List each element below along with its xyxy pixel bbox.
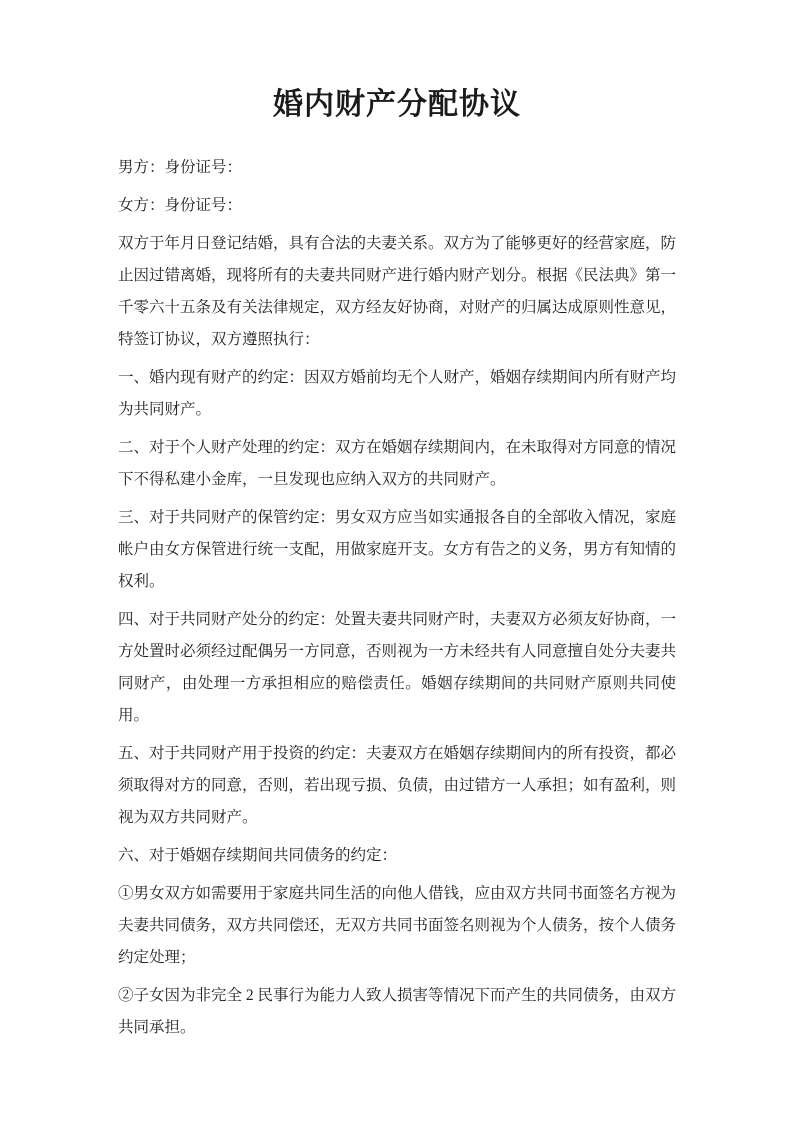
document-page: 婚内财产分配协议 男方：身份证号： 女方：身份证号： 双方于年月日登记结婚，具有… bbox=[0, 0, 793, 1122]
party-line-female: 女方：身份证号： bbox=[118, 190, 676, 222]
clause-1-paragraph: 一、婚内现有财产的约定：因双方婚前均无个人财产，婚姻存续期间内所有财产均为共同财… bbox=[118, 362, 676, 426]
debt-item-1-paragraph: ①男女双方如需要用于家庭共同生活的向他人借钱，应由双方共同书面签名方视为夫妻共同… bbox=[118, 878, 676, 974]
clause-2-paragraph: 二、对于个人财产处理的约定：双方在婚姻存续期间内，在未取得对方同意的情况下不得私… bbox=[118, 432, 676, 496]
document-title: 婚内财产分配协议 bbox=[118, 84, 676, 126]
debt-item-2-paragraph: ②子女因为非完全 2 民事行为能力人致人损害等情况下而产生的共同债务，由双方共同… bbox=[118, 980, 676, 1044]
clause-3-paragraph: 三、对于共同财产的保管约定：男女双方应当如实通报各自的全部收入情况，家庭帐户由女… bbox=[118, 502, 676, 598]
clause-4-paragraph: 四、对于共同财产处分的约定：处置夫妻共同财产时，夫妻双方必须友好协商，一方处置时… bbox=[118, 604, 676, 732]
party-line-male: 男方：身份证号： bbox=[118, 152, 676, 184]
clause-6-paragraph: 六、对于婚姻存续期间共同债务的约定： bbox=[118, 840, 676, 872]
intro-paragraph: 双方于年月日登记结婚，具有合法的夫妻关系。双方为了能够更好的经营家庭，防止因过错… bbox=[118, 228, 676, 356]
clause-5-paragraph: 五、对于共同财产用于投资的约定：夫妻双方在婚姻存续期间内的所有投资，都必须取得对… bbox=[118, 738, 676, 834]
